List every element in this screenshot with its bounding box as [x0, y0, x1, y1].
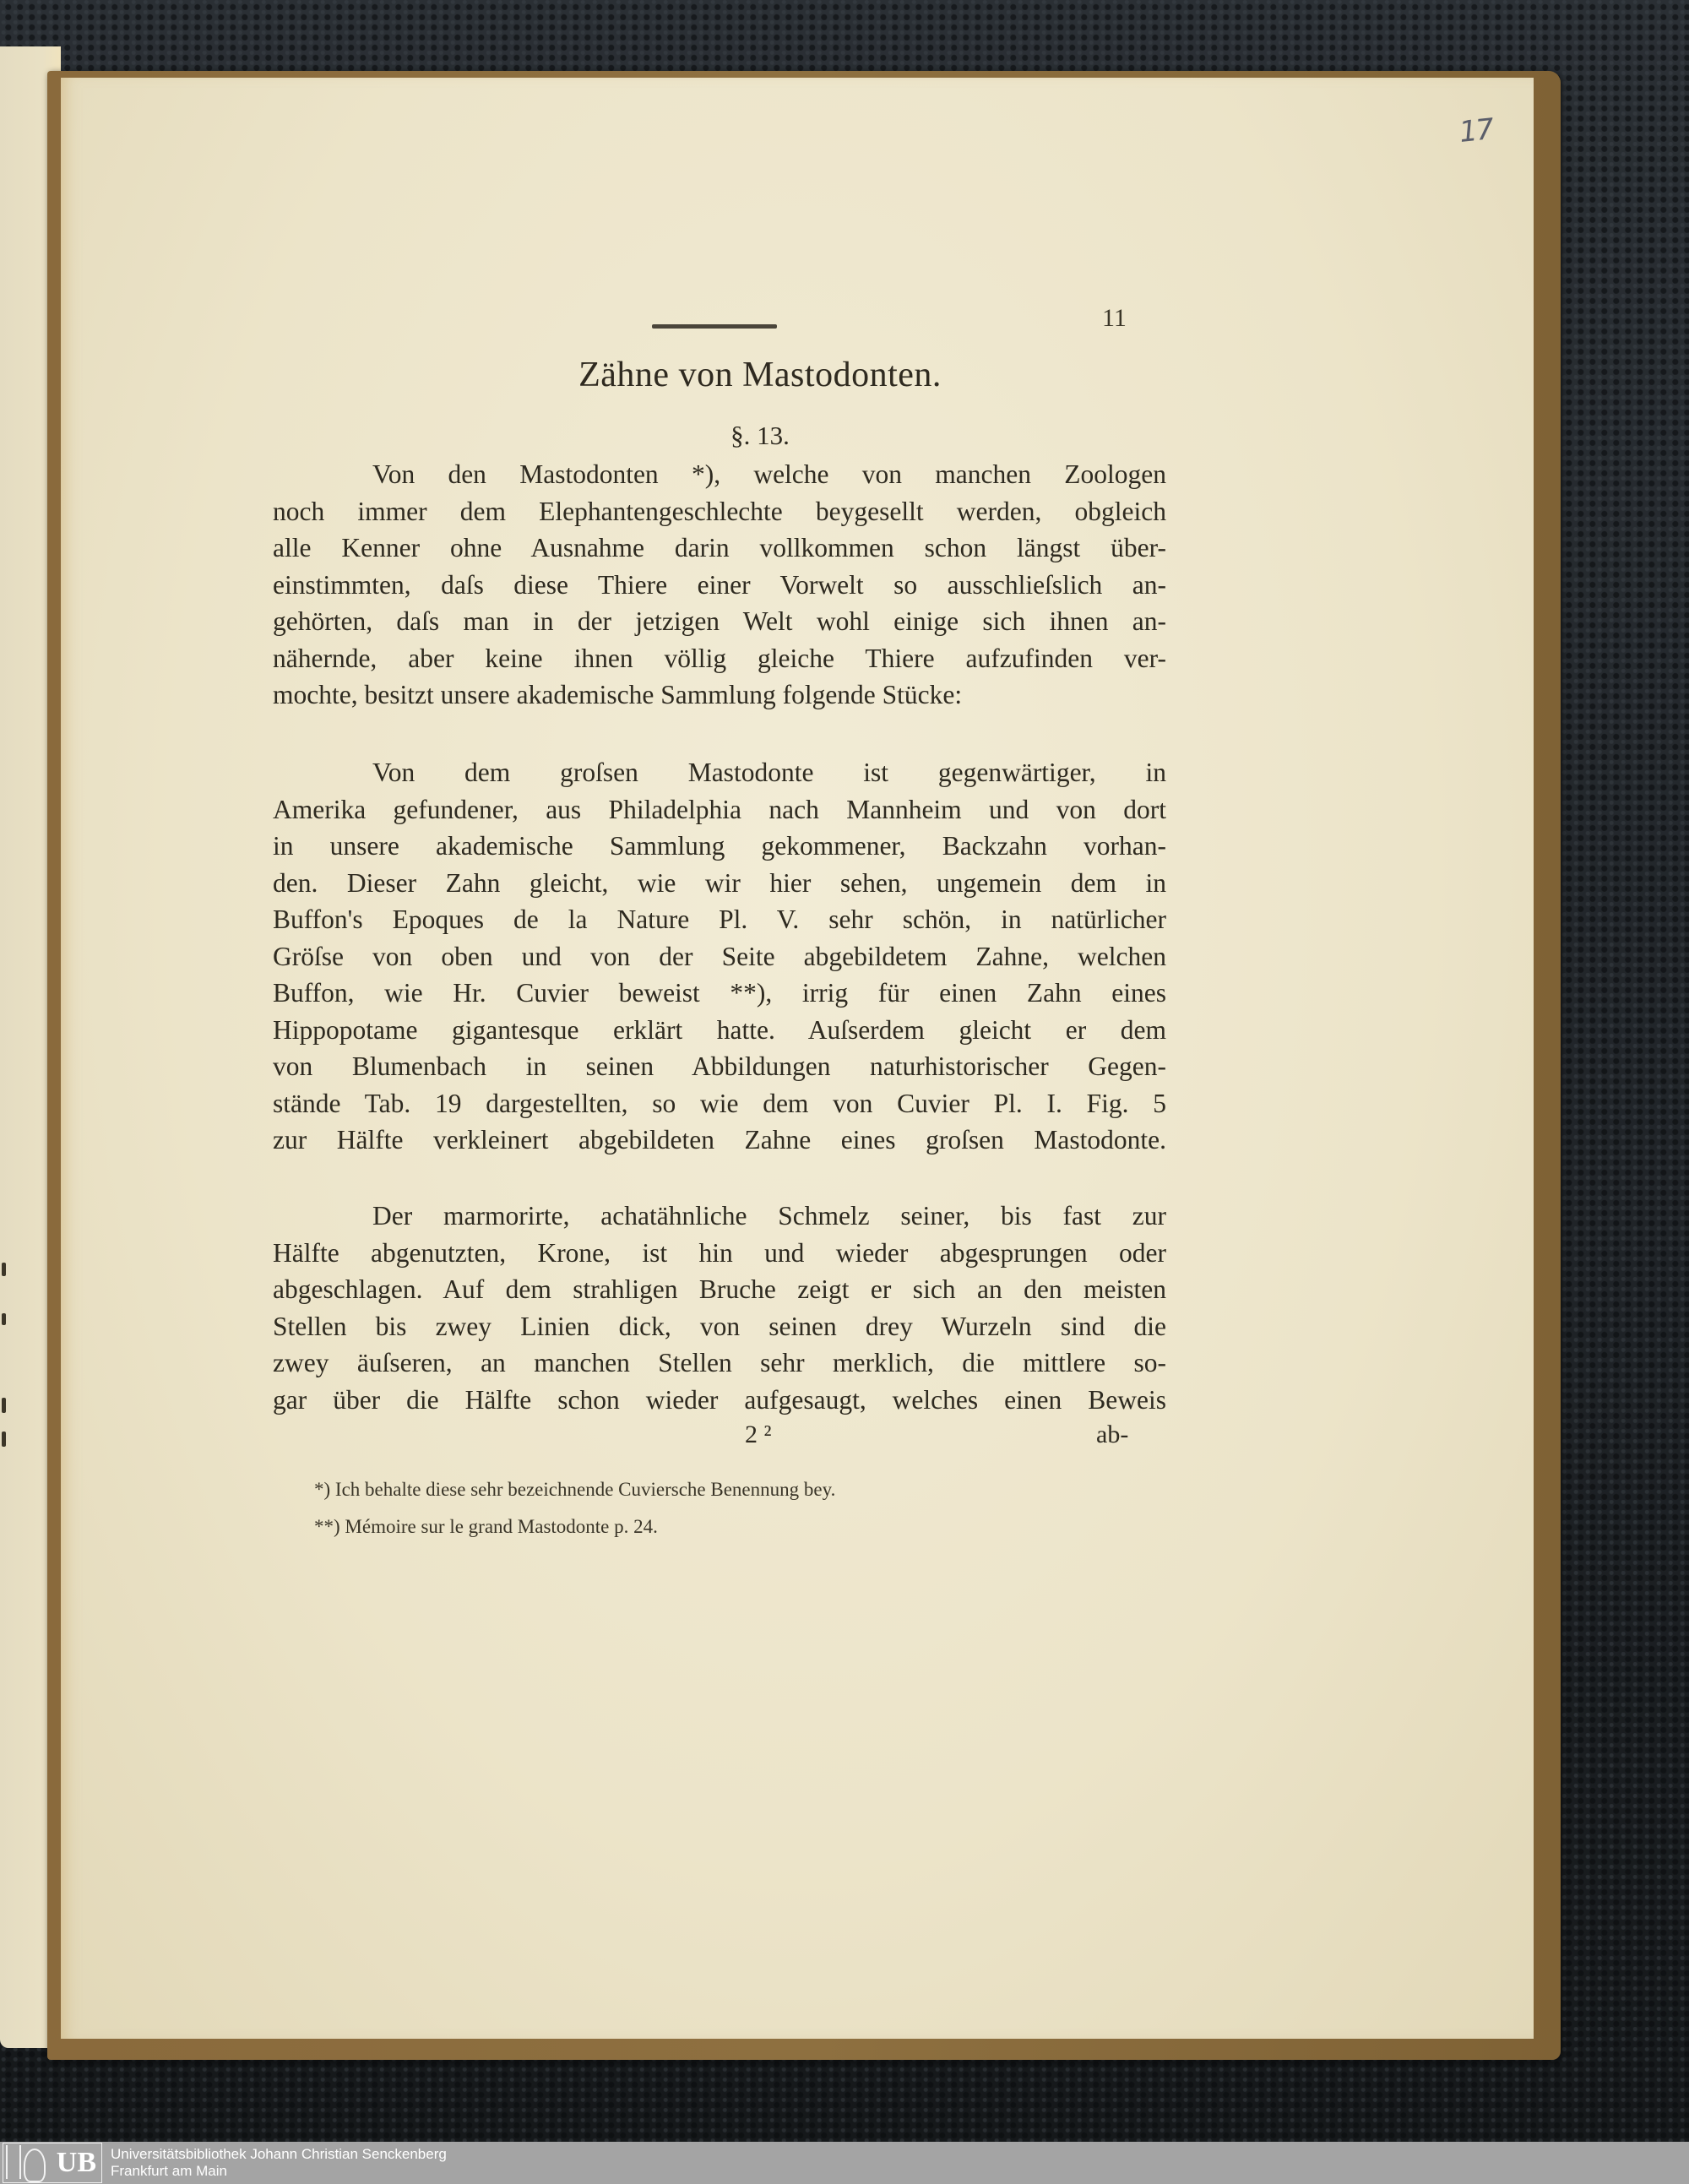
text-line: Buffon's Epoques de la Nature Pl. V. seh…: [273, 901, 1166, 938]
library-footer-bar: UB Universitätsbibliothek Johann Christi…: [0, 2142, 1689, 2184]
text-line: noch immer dem Elephantengeschlechte bey…: [273, 493, 1166, 530]
logo-text: UB: [57, 2147, 96, 2179]
left-page-text-fragment: [2, 1398, 6, 1413]
text-line: Stellen bis zwey Linien dick, von seinen…: [273, 1308, 1166, 1345]
columns-icon: [6, 2145, 21, 2179]
text-line: Der marmorirte, achatähnliche Schmelz se…: [273, 1198, 1166, 1235]
text-line: abgeschlagen. Auf dem strahligen Bruche …: [273, 1271, 1166, 1308]
text-line: zur Hälfte verkleinert abgebildeten Zahn…: [273, 1122, 1166, 1159]
text-line: stände Tab. 19 dargestellten, so wie dem…: [273, 1085, 1166, 1122]
text-line: Von dem groſsen Mastodonte ist gegenwärt…: [273, 754, 1166, 791]
ub-logo: UB: [3, 2143, 102, 2183]
institution-credit: Universitätsbibliothek Johann Christian …: [111, 2146, 447, 2180]
page-title: Zähne von Mastodonten.: [338, 355, 1182, 395]
text-line: Hälfte abgenutzten, Krone, ist hin und w…: [273, 1235, 1166, 1272]
header-rule: [652, 324, 777, 329]
section-number: §. 13.: [338, 421, 1182, 451]
text-line: mochte, besitzt unsere akademische Samml…: [273, 676, 1166, 714]
catchword: ab-: [1096, 1421, 1128, 1449]
footnotes: *) Ich behalte diese sehr bezeichnende C…: [314, 1471, 1074, 1546]
institution-name: Universitätsbibliothek Johann Christian …: [111, 2146, 447, 2163]
text-line: nähernde, aber keine ihnen völlig gleich…: [273, 640, 1166, 677]
text-line: Buffon, wie Hr. Cuvier beweist **), irri…: [273, 975, 1166, 1012]
paragraph-1: Von den Mastodonten *), welche von manch…: [273, 456, 1166, 714]
text-line: einstimmten, daſs diese Thiere einer Vor…: [273, 567, 1166, 604]
text-line: den. Dieser Zahn gleicht, wie wir hier s…: [273, 865, 1166, 902]
text-line: alle Kenner ohne Ausnahme darin vollkomm…: [273, 530, 1166, 567]
portrait-bust-icon: [24, 2149, 46, 2182]
text-line: gar über die Hälfte schon wieder aufgesa…: [273, 1382, 1166, 1419]
text-line: Amerika gefundener, aus Philadelphia nac…: [273, 791, 1166, 829]
text-line: Von den Mastodonten *), welche von manch…: [273, 456, 1166, 493]
text-line: zwey äuſseren, an manchen Stellen sehr m…: [273, 1345, 1166, 1382]
left-page-text-fragment: [2, 1313, 6, 1325]
footnote-2: **) Mémoire sur le grand Mastodonte p. 2…: [314, 1508, 1074, 1546]
text-line: gehörten, daſs man in der jetzigen Welt …: [273, 603, 1166, 640]
handwritten-folio-number: 17: [1458, 112, 1494, 149]
left-page-text-fragment: [2, 1263, 6, 1276]
left-page-text-fragment: [2, 1432, 6, 1447]
footnote-1: *) Ich behalte diese sehr bezeichnende C…: [314, 1471, 1074, 1508]
text-line: in unsere akademische Sammlung gekommene…: [273, 828, 1166, 865]
text-line: Gröſse von oben und von der Seite abgebi…: [273, 938, 1166, 975]
text-line: Hippopotame gigantesque erklärt hatte. A…: [273, 1012, 1166, 1049]
institution-location: Frankfurt am Main: [111, 2163, 447, 2180]
text-line: von Blumenbach in seinen Abbildungen nat…: [273, 1048, 1166, 1085]
paragraph-2: Von dem groſsen Mastodonte ist gegenwärt…: [273, 754, 1166, 1159]
signature-mark: 2 ²: [745, 1421, 772, 1449]
paragraph-3: Der marmorirte, achatähnliche Schmelz se…: [273, 1198, 1166, 1418]
page-number: 11: [1102, 304, 1127, 333]
